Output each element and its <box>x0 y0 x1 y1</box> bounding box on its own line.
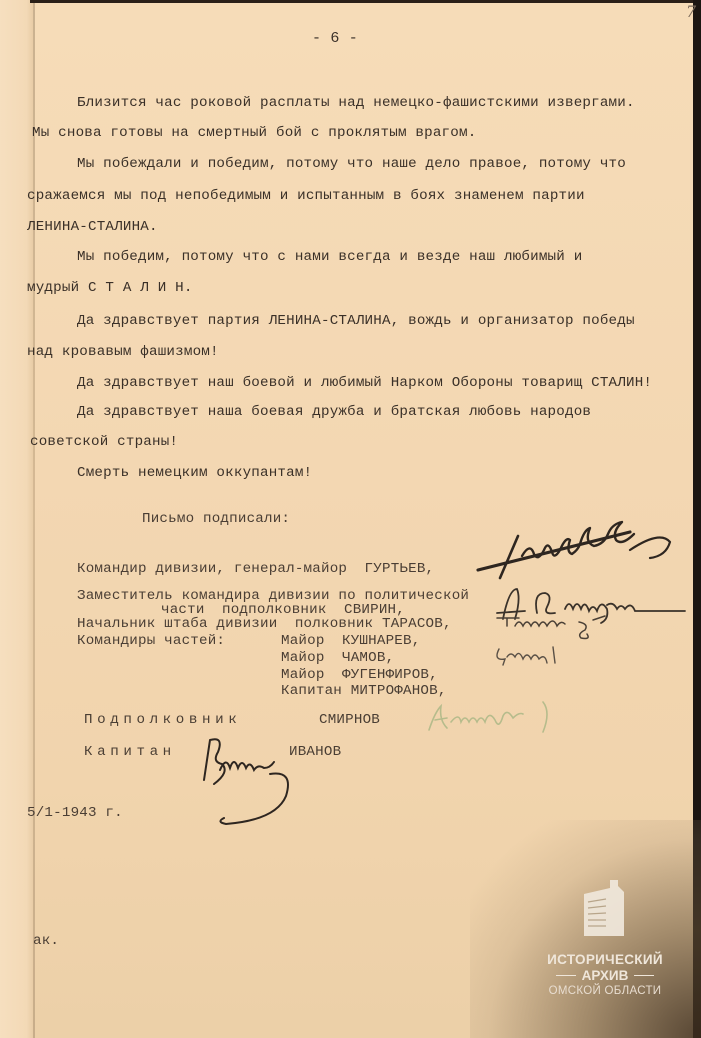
text-line: Мы снова готовы на смертный бой с прокля… <box>32 126 476 140</box>
scan-right-border <box>693 0 701 1038</box>
document-scan: 7 - 6 - Близится час роковой расплаты на… <box>0 0 701 1038</box>
signature-gurtiev <box>470 520 685 590</box>
signatory-commander: Командир дивизии, генерал-майор ГУРТЬЕВ, <box>77 562 434 576</box>
footer-fragment: ак. <box>33 934 59 948</box>
unit-commander: Капитан МИТРОФАНОВ, <box>281 684 447 698</box>
text-line: Мы победим, потому что с нами всегда и в… <box>77 250 582 264</box>
text-line: Да здравствует наша боевая дружба и брат… <box>77 405 591 419</box>
text-line: Да здравствует наш боевой и любимый Нарк… <box>77 376 652 390</box>
signature-smirnov <box>425 698 575 738</box>
unit-commander: Майор ФУГЕНФИРОВ, <box>281 668 438 682</box>
document-date: 5/1-1943 г. <box>27 806 123 820</box>
text-line: Мы побеждали и победим, потому что наше … <box>77 157 626 171</box>
unit-commander: Майор ЧАМОВ, <box>281 651 394 665</box>
text-line: над кровавым фашизмом! <box>27 345 219 359</box>
text-line: советской страны! <box>30 435 178 449</box>
signed-header: Письмо подписали: <box>142 512 290 526</box>
page-number: - 6 - <box>312 31 358 46</box>
officer-name: СМИРНОВ <box>319 713 380 727</box>
signature-chamov <box>493 643 573 673</box>
watermark-line-1: ИСТОРИЧЕСКИЙ <box>547 952 663 967</box>
signature-ivanov <box>200 734 305 830</box>
watermark-line-2: АРХИВ <box>556 968 655 983</box>
unit-commander: Майор КУШНАРЕВ, <box>281 634 420 648</box>
text-line: мудрый С Т А Л И Н. <box>27 281 193 295</box>
text-line: Да здравствует партия ЛЕНИНА-СТАЛИНА, во… <box>77 314 635 328</box>
signatory-chief-of-staff: Начальник штаба дивизии полковник ТАРАСО… <box>77 617 452 631</box>
officer-rank: Подполковник <box>84 713 241 727</box>
officer-rank: Капитан <box>84 745 176 759</box>
archive-watermark: ИСТОРИЧЕСКИЙ АРХИВ ОМСКОЙ ОБЛАСТИ <box>540 878 670 1008</box>
scan-top-border <box>30 0 701 3</box>
text-line: ЛЕНИНА-СТАЛИНА. <box>27 220 158 234</box>
watermark-line-2-text: АРХИВ <box>582 968 629 983</box>
unit-commanders-label: Командиры частей: <box>77 634 225 648</box>
text-line: сражаемся мы под непобедимым и испытанны… <box>27 189 585 203</box>
watermark-line-3: ОМСКОЙ ОБЛАСТИ <box>549 985 662 997</box>
text-line: Близится час роковой расплаты над немецк… <box>77 96 635 110</box>
pencil-page-mark: 7 <box>686 2 696 21</box>
divider <box>556 975 576 976</box>
archive-building-icon <box>580 878 630 938</box>
text-line: Смерть немецким оккупантам! <box>77 466 312 480</box>
previous-page-edge <box>0 0 33 1038</box>
divider <box>634 975 654 976</box>
